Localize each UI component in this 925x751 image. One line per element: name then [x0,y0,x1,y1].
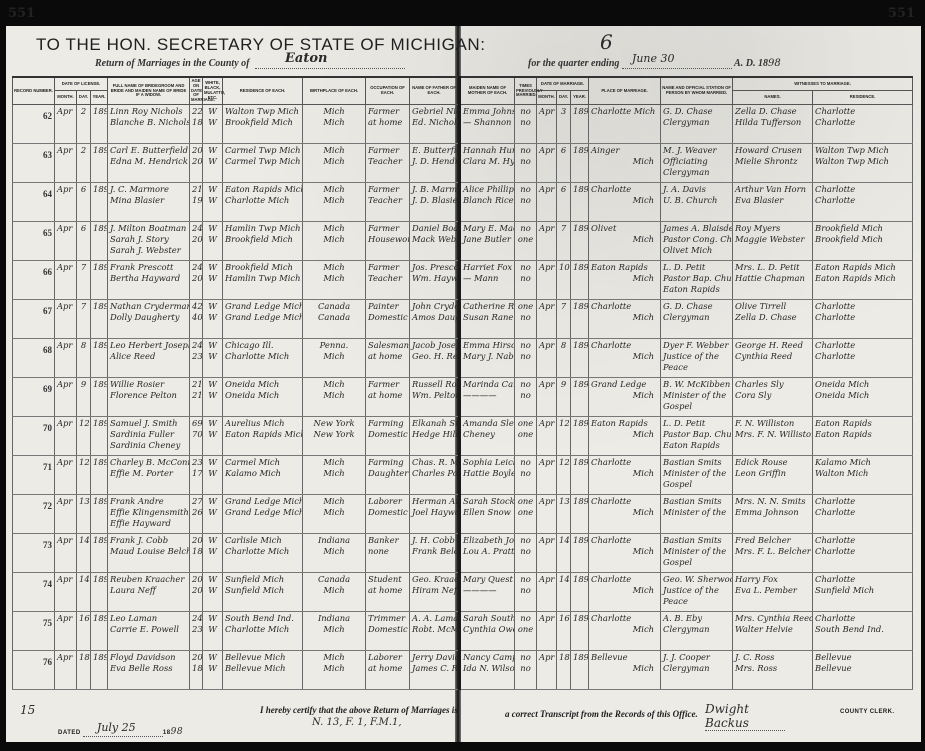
birthplace: MichMich [303,651,366,690]
cell-text: Dolly Daugherty [110,312,187,323]
record-number: 74 [13,573,55,612]
color: WW [203,456,223,495]
cell-text: at home [368,351,407,362]
marriage-day: 6 [557,144,571,183]
cell-text: W [205,418,220,429]
cell-text: Charlotte [815,507,910,518]
cell-text: Geo. W. Sherwood [663,574,730,585]
cell-text: South Bend Ind. [225,613,300,624]
cell-text: Charlotte [591,496,658,507]
marriage-year: 1898 [571,105,589,144]
times-married: nono [515,339,537,378]
license-year: 1898 [91,534,108,573]
witness-residences: CharlotteCharlotte [813,534,913,573]
cell-text: 6 [81,184,86,194]
filing-note: N. 13, F. 1, F.M.1, [312,717,402,728]
license-year: 1898 [91,456,108,495]
marriage-day: 14 [557,534,571,573]
cell-text: L. D. Petit [663,418,730,429]
officiant: James A. BlaisdellPastor Cong. ChurchOli… [661,222,733,261]
record-number: 64 [13,183,55,222]
cell-text: 71 [43,462,52,472]
cell-text: at home [368,663,407,674]
cell-text: Apr [57,652,72,662]
cell-text: Canada [305,574,363,585]
cell-text: Charlotte [591,613,658,624]
residence: Carmel Twp MichCarmel Twp Mich [223,144,303,183]
full-names: Floyd DavidsonEva Belle Ross [108,651,190,690]
cell-text: Mary J. Nabbit [463,351,512,362]
cell-text: Sardinia Cheney [110,440,187,451]
cell-text: Apr [539,379,554,389]
cell-text: 9 [561,379,566,389]
cell-text: Eaton Rapids Mich [225,429,300,440]
cell-text: Mack Webster [412,234,456,245]
residence: Grand Ledge MichGrand Ledge Mich [223,495,303,534]
cell-text: Clergyman [663,312,730,323]
cell-text: 1898 [93,535,108,545]
witness-names: Edick RouseLeon Griffin [733,456,813,495]
cell-text: Gebriel Nich [412,106,456,117]
cell-text: Apr [57,184,72,194]
birthplace: MichMich [303,378,366,417]
cell-text: W [205,156,220,167]
cell-text: W [205,585,220,596]
cell-text: Jane Butler [463,234,512,245]
marriage-day: 7 [557,222,571,261]
cell-text: W [205,624,220,635]
cell-text: Mich [305,585,363,596]
header-mother-maiden-name: Maiden Name of Mother of Each. [460,77,515,105]
cell-text: Jerry Davidson [412,652,456,663]
cell-text: W [205,663,220,674]
cell-text: 23 [192,457,200,468]
cell-text: Fred Belcher [735,535,810,546]
father-names: Jerry DavidsonJames C. Ross [410,651,460,690]
cell-text: Oneida Mich [815,390,910,401]
cell-text: Charlotte [591,457,658,468]
cell-text: Mich [305,663,363,674]
cell-text: Laborer [368,496,407,507]
cell-text: Harriet Fox [463,262,512,273]
record-number: 71 [13,456,55,495]
witness-residences: CharlotteSunfield Mich [813,573,913,612]
cell-text: Walter Helvie [735,624,810,635]
cell-text: Nathan Cryderman [110,301,187,312]
birthplace: MichMich [303,144,366,183]
cell-text: George H. Reed [735,340,810,351]
cell-text: Mich [591,429,658,440]
cell-text: 2 [81,145,86,155]
father-names: J. H. CobbFrank Belcher [410,534,460,573]
witness-names: Fred BelcherMrs. F. L. Belcher [733,534,813,573]
cell-text: Domestic [368,312,407,323]
birthplace: MichMich [303,495,366,534]
cell-text: Apr [539,262,554,272]
cell-text: 1898 [573,223,589,233]
cell-text: A. A. Laman [412,613,456,624]
cell-text: W [205,390,220,401]
cell-text: 1898 [93,652,108,662]
page-title: TO THE HON. SECRETARY OF STATE OF MICHIG… [36,35,486,55]
mother-maiden-names: Hannah HuntClara M. Hyde [460,144,515,183]
marriage-day: 13 [557,495,571,534]
place-of-marriage: Eaton RapidsMich [589,417,661,456]
times-married: nono [515,183,537,222]
record-number: 76 [13,651,55,690]
table-row: 63 Apr 2 1898 Carl E. ButterfieldEdna M.… [13,144,913,183]
cell-text: Painter [368,301,407,312]
officiant: G. D. ChaseClergyman [661,105,733,144]
cell-text: Mrs. N. N. Smits [735,496,810,507]
cell-text: Apr [57,223,72,233]
mother-maiden-names: Amanda SledCheney [460,417,515,456]
cell-text: James A. Blaisdell [663,223,730,234]
father-names: Chas. R. McConnellCharles Porter [410,456,460,495]
mother-maiden-names: Harriet Fox— Mann [460,261,515,300]
cell-text: no [517,379,534,390]
quarter-value: June 30 [632,52,675,65]
cell-text: Apr [539,340,554,350]
cell-text: Canada [305,312,363,323]
cell-text: 23 [192,624,200,635]
marriage-year: 1898 [571,495,589,534]
cell-text: 74 [43,579,52,589]
residence: Chicago Ill.Charlotte Mich [223,339,303,378]
cell-text: Ed. Nichols [412,117,456,128]
table-row: 71 Apr 12 1898 Charley B. McConnellEffie… [13,456,913,495]
cell-text: Eaton Rapids [591,418,658,429]
license-month: Apr [55,495,77,534]
cell-text: Hiram Neff [412,585,456,596]
license-day: 8 [77,339,91,378]
cell-text: J. A. Davis [663,184,730,195]
ages: 2020 [190,144,203,183]
cell-text: Minister of the [663,468,730,479]
cell-text: 2 [81,106,86,116]
cell-text: one [517,496,534,507]
license-year: 1898 [91,417,108,456]
marriage-day: 10 [557,261,571,300]
occupation: Studentat home [366,573,410,612]
cell-text: J. Milton Boatman [110,223,187,234]
header-age: Age on Date of Marriage. [190,77,203,105]
marriage-month: Apr [537,573,557,612]
marriage-day: 16 [557,612,571,651]
cell-text: 12 [79,457,90,467]
cell-text: Apr [57,145,72,155]
cell-text: W [205,613,220,624]
witness-names: Roy MyersMaggie Webster [733,222,813,261]
marriage-year: 1898 [571,183,589,222]
cell-text: 18 [79,652,90,662]
ages: 2423 [190,612,203,651]
cell-text: Arthur Van Horn [735,184,810,195]
cell-text: Mary E. Machias [463,223,512,234]
cell-text: W [205,117,220,128]
place-of-marriage: Charlotte Mich [589,105,661,144]
transcript-text: a correct Transcript from the Records of… [505,709,698,719]
cell-text: 1898 [93,262,108,272]
birthplace: MichMich [303,222,366,261]
license-day: 7 [77,300,91,339]
residence: Hamlin Twp MichBrookfield Mich [223,222,303,261]
cell-text: Pastor Bap. Church [663,273,730,284]
cell-text: 66 [43,267,52,277]
cell-text: Frank Prescott [110,262,187,273]
cell-text: Mich [305,223,363,234]
place-of-marriage: BellevueMich [589,651,661,690]
place-of-marriage: AingerMich [589,144,661,183]
times-married: nono [515,144,537,183]
cell-text: Emma Johnson [463,106,512,117]
table-row: 67 Apr 7 1898 Nathan CrydermanDolly Daug… [13,300,913,339]
license-month: Apr [55,105,77,144]
birthplace: IndianaMich [303,534,366,573]
place-of-marriage: CharlotteMich [589,339,661,378]
cell-text: Teacher [368,195,407,206]
cell-text: 20 [192,234,200,245]
cell-text: 8 [561,340,566,350]
cell-text: J. C. Ross [735,652,810,663]
cell-text: Apr [57,301,72,311]
cell-text: 6 [81,223,86,233]
marriage-day: 12 [557,456,571,495]
cell-text: Emma Hirsch [463,340,512,351]
cell-text: no [517,312,534,323]
ages: 2420 [190,222,203,261]
marriage-month: Apr [537,456,557,495]
cell-text: 24 [192,613,200,624]
cell-text: 1898 [93,184,108,194]
full-names: Carl E. ButterfieldEdna M. Hendrick [108,144,190,183]
witness-names: Mrs. Cynthia ReedWalter Helvie [733,612,813,651]
cell-text: W [205,184,220,195]
cell-text: no [517,351,534,362]
officiant: J. A. DavisU. B. Church [661,183,733,222]
cell-text: 1898 [573,652,589,662]
license-day: 12 [77,456,91,495]
cell-text: W [205,223,220,234]
cell-text: Farmer [368,262,407,273]
cell-text: Oneida Mich [815,379,910,390]
cell-text: Elkanah Smith [412,418,456,429]
full-names: Willie RosierFlorence Pelton [108,378,190,417]
cell-text: Chas. R. McConnell [412,457,456,468]
header-residence: Residence of Each. [223,77,303,105]
marriage-month: Apr [537,417,557,456]
ad-label: A. D. 18 [734,58,768,69]
cell-text: 20 [192,273,200,284]
cell-text: 20 [192,145,200,156]
cell-text: 12 [559,418,570,428]
cell-text: 69 [43,384,52,394]
cell-text: Blanche B. Nichols [110,117,187,128]
cell-text: 19 [192,195,200,206]
cell-text: Teacher [368,273,407,284]
table-row: 69 Apr 9 1898 Willie RosierFlorence Pelt… [13,378,913,417]
cell-text: Mich [305,496,363,507]
cell-text: 1898 [93,379,108,389]
record-number: 73 [13,534,55,573]
cell-text: Mich [591,351,658,362]
cell-text: Mich [591,195,658,206]
cell-text: Apr [539,652,554,662]
times-married: nono [515,651,537,690]
color: WW [203,651,223,690]
cell-text: J. J. Cooper [663,652,730,663]
record-number: 75 [13,612,55,651]
cell-text: 65 [43,228,52,238]
cell-text: Marinda Carpenter [463,379,512,390]
cell-text: Floyd Davidson [110,652,187,663]
cell-text: J. C. Marmore [110,184,187,195]
license-day: 12 [77,417,91,456]
cell-text: Grand Ledge Mich [225,496,300,507]
ages: 2119 [190,183,203,222]
father-names: Gebriel NichEd. Nichols [410,105,460,144]
cell-text: Pastor Bap. Church [663,429,730,440]
header-marriage-year: Year. [571,91,589,105]
cell-text: James C. Ross [412,663,456,674]
license-day: 14 [77,534,91,573]
cell-text: M. J. Weaver [663,145,730,156]
cell-text: Joel Hayward [412,507,456,518]
occupation: FarmerHousewor [366,222,410,261]
cell-text: no [517,145,534,156]
father-names: Jacob JosephGeo. H. Reed [410,339,460,378]
cell-text: Cynthia Owen [463,624,512,635]
cell-text: Bellevue [815,652,910,663]
cell-text: no [517,390,534,401]
cell-text: Carlisle Mich [225,535,300,546]
license-day: 2 [77,144,91,183]
cell-text: Charlotte [815,496,910,507]
full-names: Nathan CrydermanDolly Daugherty [108,300,190,339]
mother-maiden-names: Catherine RoeSusan Rane [460,300,515,339]
cell-text: Gospel [663,479,730,490]
marriage-month: Apr [537,261,557,300]
cell-text: Apr [539,223,554,233]
cell-text: Peace [663,596,730,607]
cell-text: Mich [305,457,363,468]
cell-text: no [517,535,534,546]
color: WW [203,144,223,183]
license-day: 18 [77,651,91,690]
header-witnesses: Witnesses to Marriage. [733,77,913,91]
cell-text: 26 [192,507,200,518]
cell-text: Clergyman [663,624,730,635]
cell-text: 21 [192,184,200,195]
cell-text: Charlotte Mich [225,195,300,206]
cell-text: Olive Tirrell [735,301,810,312]
record-number: 70 [13,417,55,456]
residence: Carlisle MichCharlotte Mich [223,534,303,573]
cell-text: Geo. H. Reed [412,351,456,362]
cell-text: Charlotte [815,117,910,128]
cell-text: 21 [192,390,200,401]
witness-residences: Eaton RapidsEaton Rapids [813,417,913,456]
cell-text: Justice of the [663,351,730,362]
cell-text: 13 [559,496,570,506]
cell-text: Mich [591,468,658,479]
cell-text: Farmer [368,145,407,156]
cell-text: W [205,301,220,312]
residence: Aurelius MichEaton Rapids Mich [223,417,303,456]
witness-names: Charles SlyCora Sly [733,378,813,417]
birthplace: MichMich [303,456,366,495]
cell-text: Charlotte [815,546,910,557]
times-married: oneone [515,495,537,534]
cell-text: 22 [192,106,200,117]
full-names: Frank AndreEffie KlingensmithEffie Haywa… [108,495,190,534]
cell-text: 6 [561,145,566,155]
license-day: 14 [77,573,91,612]
cell-text: Charlotte [591,340,658,351]
cell-text: Apr [57,340,72,350]
cell-text: Walton Twp Mich [225,106,300,117]
cell-text: Eaton Rapids [591,262,658,273]
cell-text: 13 [79,496,90,506]
cell-text: 18 [192,117,200,128]
cell-text: Justice of the [663,585,730,596]
cell-text: Mich [305,652,363,663]
full-names: Charley B. McConnellEffie M. Porter [108,456,190,495]
mother-maiden-names: Marinda Carpenter———— [460,378,515,417]
clerk-signature: Dwight Backus [705,702,785,731]
cell-text: J. D. Hendrick [412,156,456,167]
cell-text: Frank J. Cobb [110,535,187,546]
header-place-of-marriage: Place of Marriage. [589,77,661,105]
cell-text: 1898 [93,496,108,506]
full-names: Frank J. CobbMaud Louise Belcher [108,534,190,573]
times-married: nono [515,456,537,495]
register-body: 62 Apr 2 1898 Linn Roy NicholsBlanche B.… [13,105,913,690]
cell-text: Mich [305,624,363,635]
cell-text: Apr [57,457,72,467]
table-row: 70 Apr 12 1898 Samuel J. SmithSardinia F… [13,417,913,456]
ages: 2020 [190,573,203,612]
cell-text: Charlotte [815,351,910,362]
marriage-day: 12 [557,417,571,456]
cell-text: Apr [57,262,72,272]
mother-maiden-names: Sarah SouthernCynthia Owen [460,612,515,651]
occupation: FarmingDomestic [366,417,410,456]
times-married: oneone [515,417,537,456]
cell-text: none [368,546,407,557]
cell-text: Sunfield Mich [815,585,910,596]
cell-text: Zella D. Chase [735,312,810,323]
full-names: J. C. MarmoreMina Blasier [108,183,190,222]
color: WW [203,378,223,417]
cell-text: Salesman [368,340,407,351]
cell-text: Blanch Rice [463,195,512,206]
cell-text: Harry Fox [735,574,810,585]
ages: 2018 [190,534,203,573]
table-row: 62 Apr 2 1898 Linn Roy NicholsBlanche B.… [13,105,913,144]
table-row: 65 Apr 6 1898 J. Milton BoatmanSarah J. … [13,222,913,261]
witness-names: Arthur Van HornEva Blasier [733,183,813,222]
cell-text: 68 [43,345,52,355]
cell-text: Minister of the [663,546,730,557]
mother-maiden-names: Mary Quest———— [460,573,515,612]
cell-text: 18 [192,663,200,674]
full-names: Linn Roy NicholsBlanche B. Nichols [108,105,190,144]
license-year: 1898 [91,651,108,690]
cell-text: 76 [43,657,52,667]
cell-text: W [205,262,220,273]
record-number: 66 [13,261,55,300]
